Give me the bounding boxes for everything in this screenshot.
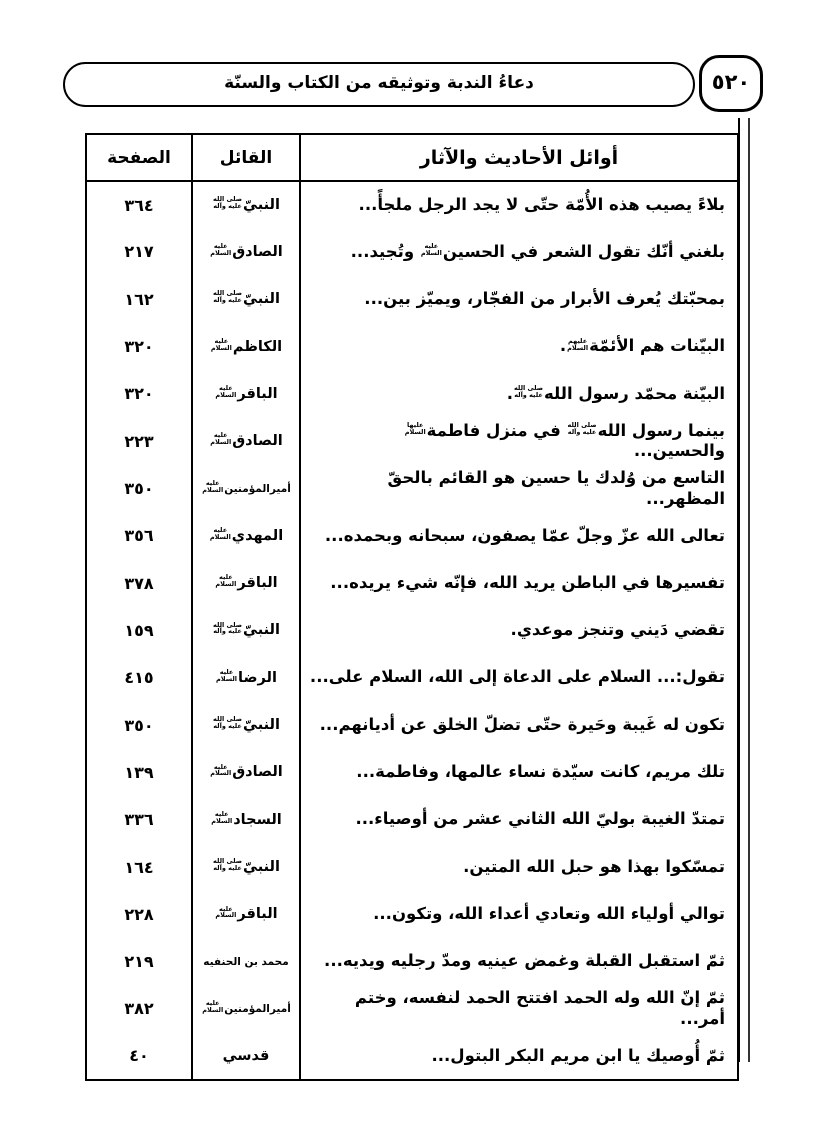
page-ref-cell: ٣٥٠ [86, 465, 192, 512]
honorific-stamp-as: عليهالسلام [211, 811, 232, 825]
page-ref-cell: ٣٢٠ [86, 323, 192, 370]
speaker-cell: محمد بن الحنفيه [192, 938, 300, 985]
speaker-cell: الصادقعليهالسلام [192, 749, 300, 796]
page-ref-cell: ٢١٧ [86, 228, 192, 275]
hadith-opening-cell: بلغني أنّك تقول الشعر في الحسينعليهالسلا… [300, 228, 738, 275]
hadith-opening-cell: تلك مريم، كانت سيّدة نساء عالمها، وفاطمة… [300, 749, 738, 796]
table-body: بلاءً يصيب هذه الأُمّة حتّى لا يجد الرجل… [86, 181, 738, 1080]
hadith-opening-cell: بلاءً يصيب هذه الأُمّة حتّى لا يجد الرجل… [300, 181, 738, 228]
honorific-stamp-pbuh: صلى اللهعليه وآله [568, 422, 597, 436]
honorific-stamp-pbuh: صلى اللهعليه وآله [213, 196, 242, 210]
hadith-opening-cell: البيّنة محمّد رسول اللهصلى اللهعليه وآله… [300, 370, 738, 417]
table-row: بلغني أنّك تقول الشعر في الحسينعليهالسلا… [86, 228, 738, 275]
honorific-stamp-as: عليهالسلام [202, 1000, 223, 1014]
speaker-cell: أميرالمؤمنينعليهالسلام [192, 985, 300, 1032]
honorific-stamp-as: عليهالسلام [216, 669, 237, 683]
honorific-stamp-as: عليهالسلام [210, 432, 231, 446]
hadith-opening-cell: بينما رسول اللهصلى اللهعليه وآله في منزل… [300, 418, 738, 465]
honorific-stamp-as: عليهالسلام [215, 385, 236, 399]
honorific-stamp-as: عليهالسلام [421, 243, 442, 257]
honorific-stamp-as_f: عليهاالسلام [405, 422, 426, 436]
honorific-stamp-as_p: عليهمالسلام [567, 338, 588, 352]
table-row: بلاءً يصيب هذه الأُمّة حتّى لا يجد الرجل… [86, 181, 738, 228]
hadith-opening-cell: ثمّ أُوصيك يا ابن مريم البكر البتول... [300, 1033, 738, 1080]
book-title-box: دعاءُ الندبة وتوثيقه من الكتاب والسنّة [63, 62, 695, 107]
column-header-page: الصفحة [86, 134, 192, 181]
page-ref-cell: ٣٢٠ [86, 370, 192, 417]
page-ref-cell: ٣٦٤ [86, 181, 192, 228]
honorific-stamp-pbuh: صلى اللهعليه وآله [213, 716, 242, 730]
running-head: دعاءُ الندبة وتوثيقه من الكتاب والسنّة ٥… [0, 0, 826, 133]
page-ref-cell: ٣٥٠ [86, 701, 192, 748]
table-row: التاسع من وُلدك يا حسين هو القائم بالحقّ… [86, 465, 738, 512]
speaker-cell: الكاظمعليهالسلام [192, 323, 300, 370]
speaker-cell: الرضاعليهالسلام [192, 654, 300, 701]
hadith-opening-cell: ثمّ إنّ الله وله الحمد افتتح الحمد لنفسه… [300, 985, 738, 1032]
honorific-stamp-pbuh: صلى اللهعليه وآله [514, 385, 543, 399]
hadith-opening-cell: تكون له غَيبة وحَيرة حتّى تضلّ الخلق عن … [300, 701, 738, 748]
table-row: تمسّكوا بهذا هو حبل الله المتين.النبيّصل… [86, 843, 738, 890]
honorific-stamp-as: عليهالسلام [210, 764, 231, 778]
column-header-speaker: القائل [192, 134, 300, 181]
honorific-stamp-as: عليهالسلام [210, 527, 231, 541]
speaker-cell: النبيّصلى اللهعليه وآله [192, 181, 300, 228]
speaker-cell: قدسي [192, 1033, 300, 1080]
table-header: أوائل الأحاديث والآثار القائل الصفحة [86, 134, 738, 181]
speaker-cell: النبيّصلى اللهعليه وآله [192, 276, 300, 323]
page-ref-cell: ١٦٢ [86, 276, 192, 323]
table-row: بمحبّتك يُعرف الأبرار من الفجّار، ويميّز… [86, 276, 738, 323]
table-row: تعالى الله عزّ وجلّ عمّا يصفون، سبحانه و… [86, 512, 738, 559]
speaker-cell: المهديعليهالسلام [192, 512, 300, 559]
speaker-cell: النبيّصلى اللهعليه وآله [192, 701, 300, 748]
table-row: ثمّ استقبل القبلة وغمض عينيه ومدّ رجليه … [86, 938, 738, 985]
speaker-cell: الباقرعليهالسلام [192, 891, 300, 938]
hadith-opening-cell: التاسع من وُلدك يا حسين هو القائم بالحقّ… [300, 465, 738, 512]
speaker-cell: الباقرعليهالسلام [192, 370, 300, 417]
table-row: تكون له غَيبة وحَيرة حتّى تضلّ الخلق عن … [86, 701, 738, 748]
table-row: بينما رسول اللهصلى اللهعليه وآله في منزل… [86, 418, 738, 465]
speaker-cell: السجادعليهالسلام [192, 796, 300, 843]
table-row: البيّنات هم الأئمّةعليهمالسلام.الكاظمعلي… [86, 323, 738, 370]
speaker-cell: أميرالمؤمنينعليهالسلام [192, 465, 300, 512]
speaker-cell: الصادقعليهالسلام [192, 418, 300, 465]
honorific-stamp-pbuh: صلى اللهعليه وآله [213, 622, 242, 636]
page-ref-cell: ٣٥٦ [86, 512, 192, 559]
page-number-badge: ٥٢٠ [699, 55, 763, 112]
hadith-index-table: أوائل الأحاديث والآثار القائل الصفحة بلا… [85, 133, 739, 1081]
honorific-stamp-pbuh: صلى اللهعليه وآله [213, 858, 242, 872]
page-ref-cell: ٢٢٣ [86, 418, 192, 465]
book-title: دعاءُ الندبة وتوثيقه من الكتاب والسنّة [224, 73, 534, 96]
page-ref-cell: ٢١٩ [86, 938, 192, 985]
hadith-opening-cell: تعالى الله عزّ وجلّ عمّا يصفون، سبحانه و… [300, 512, 738, 559]
hadith-opening-cell: ثمّ استقبل القبلة وغمض عينيه ومدّ رجليه … [300, 938, 738, 985]
honorific-stamp-as: عليهالسلام [215, 574, 236, 588]
page-number: ٥٢٠ [712, 70, 750, 98]
honorific-stamp-as: عليهالسلام [202, 480, 223, 494]
header-row: أوائل الأحاديث والآثار القائل الصفحة [86, 134, 738, 181]
honorific-stamp-pbuh: صلى اللهعليه وآله [213, 290, 242, 304]
honorific-stamp-as: عليهالسلام [211, 338, 232, 352]
page-ref-cell: ٤١٥ [86, 654, 192, 701]
speaker-cell: الباقرعليهالسلام [192, 560, 300, 607]
page-ref-cell: ٣٣٦ [86, 796, 192, 843]
page-ref-cell: ١٦٤ [86, 843, 192, 890]
table-row: ثمّ أُوصيك يا ابن مريم البكر البتول...قد… [86, 1033, 738, 1080]
column-header-hadith-openings: أوائل الأحاديث والآثار [300, 134, 738, 181]
table-row: تقول:... السلام على الدعاة إلى الله، الس… [86, 654, 738, 701]
hadith-opening-cell: البيّنات هم الأئمّةعليهمالسلام. [300, 323, 738, 370]
page-ref-cell: ٣٨٢ [86, 985, 192, 1032]
hadith-opening-cell: تقضي دَيني وتنجز موعدي. [300, 607, 738, 654]
speaker-cell: النبيّصلى اللهعليه وآله [192, 843, 300, 890]
table-row: تلك مريم، كانت سيّدة نساء عالمها، وفاطمة… [86, 749, 738, 796]
hadith-opening-cell: تفسيرها في الباطن يريد الله، فإنّه شيء ي… [300, 560, 738, 607]
hadith-opening-cell: توالي أولياء الله وتعادي أعداء الله، وتك… [300, 891, 738, 938]
honorific-stamp-as: عليهالسلام [210, 243, 231, 257]
page-ref-cell: ٤٠ [86, 1033, 192, 1080]
speaker-cell: النبيّصلى اللهعليه وآله [192, 607, 300, 654]
page-ref-cell: ١٣٩ [86, 749, 192, 796]
speaker-cell: الصادقعليهالسلام [192, 228, 300, 275]
table-row: تقضي دَيني وتنجز موعدي.النبيّصلى اللهعلي… [86, 607, 738, 654]
table-row: البيّنة محمّد رسول اللهصلى اللهعليه وآله… [86, 370, 738, 417]
binding-edge-line [748, 118, 750, 1062]
hadith-opening-cell: بمحبّتك يُعرف الأبرار من الفجّار، ويميّز… [300, 276, 738, 323]
table-row: تفسيرها في الباطن يريد الله، فإنّه شيء ي… [86, 560, 738, 607]
hadith-opening-cell: تمسّكوا بهذا هو حبل الله المتين. [300, 843, 738, 890]
page-ref-cell: ٢٢٨ [86, 891, 192, 938]
hadith-opening-cell: تمتدّ الغيبة بوليّ الله الثاني عشر من أو… [300, 796, 738, 843]
table-row: ثمّ إنّ الله وله الحمد افتتح الحمد لنفسه… [86, 985, 738, 1032]
book-page: دعاءُ الندبة وتوثيقه من الكتاب والسنّة ٥… [0, 0, 826, 1147]
table-row: توالي أولياء الله وتعادي أعداء الله، وتك… [86, 891, 738, 938]
hadith-opening-cell: تقول:... السلام على الدعاة إلى الله، الس… [300, 654, 738, 701]
page-ref-cell: ١٥٩ [86, 607, 192, 654]
page-ref-cell: ٣٧٨ [86, 560, 192, 607]
table-row: تمتدّ الغيبة بوليّ الله الثاني عشر من أو… [86, 796, 738, 843]
honorific-stamp-as: عليهالسلام [215, 906, 236, 920]
